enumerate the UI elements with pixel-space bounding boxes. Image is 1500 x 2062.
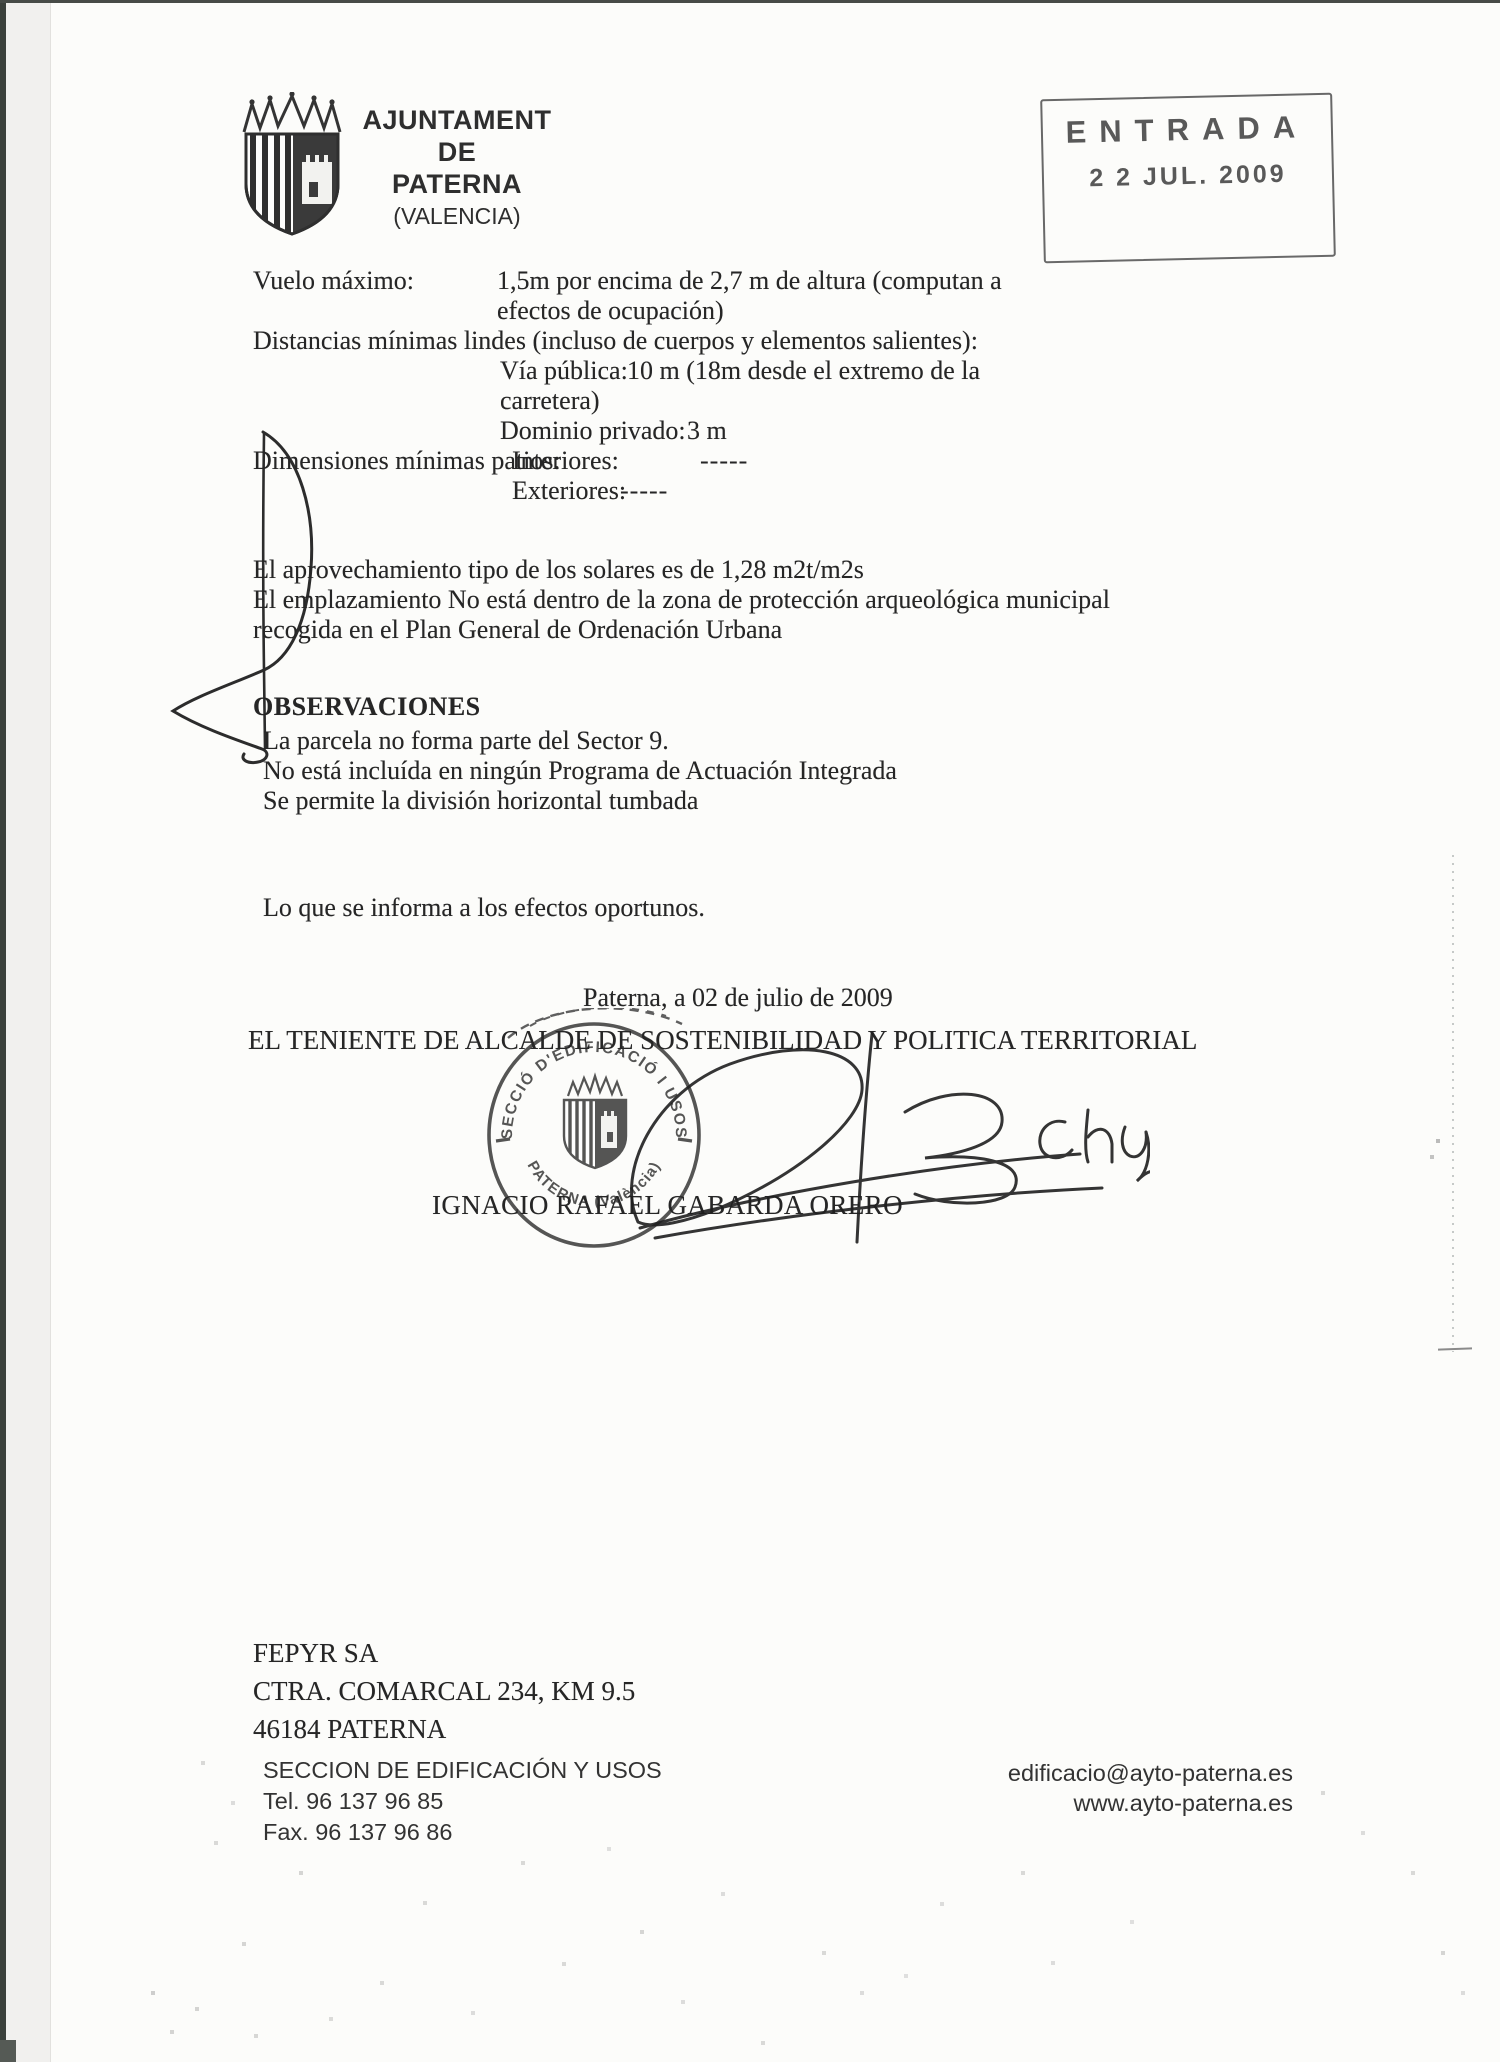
observaciones-heading: OBSERVACIONES (253, 692, 481, 722)
org-name-line2: DE (332, 136, 582, 168)
informa-line: Lo que se informa a los efectos oportuno… (263, 893, 705, 923)
date-place-line: Paterna, a 02 de julio de 2009 (583, 983, 893, 1013)
via-publica-label: Vía pública: (500, 356, 628, 386)
signature-scribble (610, 1022, 1150, 1250)
vuelo-maximo-label: Vuelo máximo: (253, 266, 414, 296)
org-name-line4: (VALENCIA) (332, 200, 582, 232)
interiores-label: Interiores: (512, 446, 619, 476)
observaciones-item-3: Se permite la división horizontal tumbad… (263, 786, 698, 816)
scan-left-gutter (6, 0, 51, 2062)
scanned-document-page: AJUNTAMENT DE PATERNA (VALENCIA) ENTRADA… (0, 0, 1500, 2062)
header-org-block: AJUNTAMENT DE PATERNA (VALENCIA) (332, 104, 582, 232)
aprovechamiento-line: El aprovechamiento tipo de los solares e… (253, 555, 864, 585)
via-publica-value-line1: 10 m (18m desde el extremo de la (627, 356, 980, 386)
observaciones-item-2: No está incluída en ningún Programa de A… (263, 756, 897, 786)
recipient-name: FEPYR SA (253, 1638, 378, 1669)
scan-top-edge (0, 0, 1500, 3)
footer-department: SECCION DE EDIFICACIÓN Y USOS (263, 1757, 662, 1784)
emplazamiento-line1: El emplazamiento No está dentro de la zo… (253, 585, 1110, 615)
emplazamiento-line2: recogida en el Plan General de Ordenació… (253, 615, 782, 645)
scan-left-edge (0, 0, 6, 2062)
interiores-value: ----- (700, 446, 748, 476)
distancias-heading: Distancias mínimas lindes (incluso de cu… (253, 326, 978, 356)
recipient-city: 46184 PATERNA (253, 1714, 446, 1745)
footer-website: www.ayto-paterna.es (893, 1790, 1293, 1817)
org-name-line1: AJUNTAMENT (332, 104, 582, 136)
org-name-line3: PATERNA (332, 168, 582, 200)
entry-registry-stamp: ENTRADA 2 2 JUL. 2009 (1040, 93, 1336, 264)
entry-stamp-title: ENTRADA (1043, 109, 1332, 152)
scan-corner-artifact (0, 2040, 16, 2062)
recipient-street: CTRA. COMARCAL 234, KM 9.5 (253, 1676, 635, 1707)
footer-tel: Tel. 96 137 96 85 (263, 1788, 443, 1815)
via-publica-value-line2: carretera) (500, 386, 600, 416)
scan-dash-artifact (1438, 1347, 1472, 1350)
entry-stamp-date: 2 2 JUL. 2009 (1044, 159, 1333, 195)
vuelo-maximo-value-line2: efectos de ocupación) (497, 296, 724, 326)
observaciones-item-1: La parcela no forma parte del Sector 9. (263, 726, 669, 756)
dominio-privado-label: Dominio privado: (500, 416, 686, 446)
footer-fax: Fax. 96 137 96 86 (263, 1819, 452, 1846)
vuelo-maximo-value-line1: 1,5m por encima de 2,7 m de altura (comp… (497, 266, 1002, 296)
dominio-privado-value: 3 m (687, 416, 727, 446)
footer-email: edificacio@ayto-paterna.es (893, 1760, 1293, 1787)
exteriores-label: Exteriores: (512, 476, 626, 506)
exteriores-value: ----- (620, 476, 668, 506)
scan-dotted-line-artifact (1452, 855, 1454, 1352)
scan-noise-speckles (0, 0, 2, 2)
